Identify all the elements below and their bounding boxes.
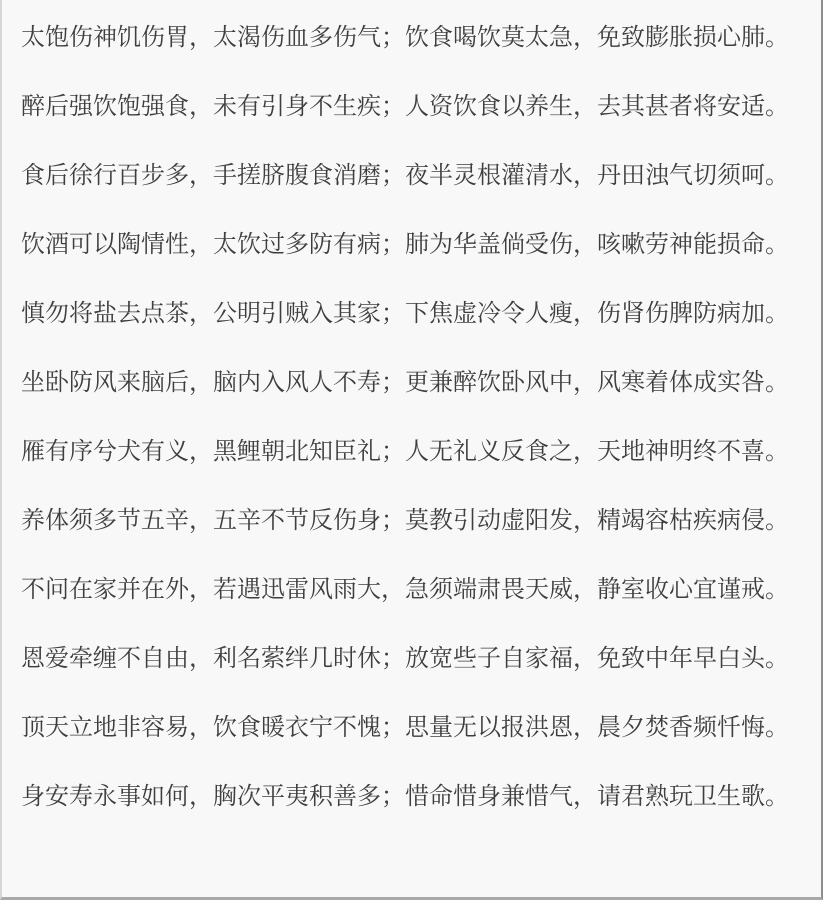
- poem-line: 食后徐行百步多，手搓脐腹食消磨；夜半灵根灌清水，丹田浊气切须呵。: [21, 164, 805, 188]
- poem-page: 太饱伤神饥伤胃，太渴伤血多伤气；饮食喝饮莫太急，免致膨胀损心肺。 醉后强饮饱强食…: [0, 0, 823, 900]
- poem-line: 恩爱牵缠不自由，利名萦绊几时休；放宽些子自家福，免致中年早白头。: [21, 647, 805, 671]
- poem-content: 太饱伤神饥伤胃，太渴伤血多伤气；饮食喝饮莫太急，免致膨胀损心肺。 醉后强饮饱强食…: [0, 0, 823, 900]
- poem-line: 太饱伤神饥伤胃，太渴伤血多伤气；饮食喝饮莫太急，免致膨胀损心肺。: [21, 26, 805, 50]
- poem-line: 饮酒可以陶情性，太饮过多防有病；肺为华盖倘受伤，咳嗽劳神能损命。: [21, 233, 805, 257]
- poem-line: 顶天立地非容易，饮食暖衣宁不愧；思量无以报洪恩，晨夕焚香频忏悔。: [21, 716, 805, 740]
- poem-line: 醉后强饮饱强食，未有引身不生疾；人资饮食以养生，去其甚者将安适。: [21, 95, 805, 119]
- poem-line: 养体须多节五辛，五辛不节反伤身；莫教引动虚阳发，精竭容枯疾病侵。: [21, 509, 805, 533]
- poem-line: 雁有序兮犬有义，黑鲤朝北知臣礼；人无礼义反食之，天地神明终不喜。: [21, 440, 805, 464]
- poem-line: 不问在家并在外，若遇迅雷风雨大，急须端肃畏天威，静室收心宜谨戒。: [21, 578, 805, 602]
- poem-line: 坐卧防风来脑后，脑内入风人不寿；更兼醉饮卧风中，风寒着体成实咎。: [21, 371, 805, 395]
- poem-line: 慎勿将盐去点茶，公明引贼入其家；下焦虚冷令人瘦，伤肾伤脾防病加。: [21, 302, 805, 326]
- poem-line: 身安寿永事如何，胸次平夷积善多；惜命惜身兼惜气，请君熟玩卫生歌。: [21, 785, 805, 809]
